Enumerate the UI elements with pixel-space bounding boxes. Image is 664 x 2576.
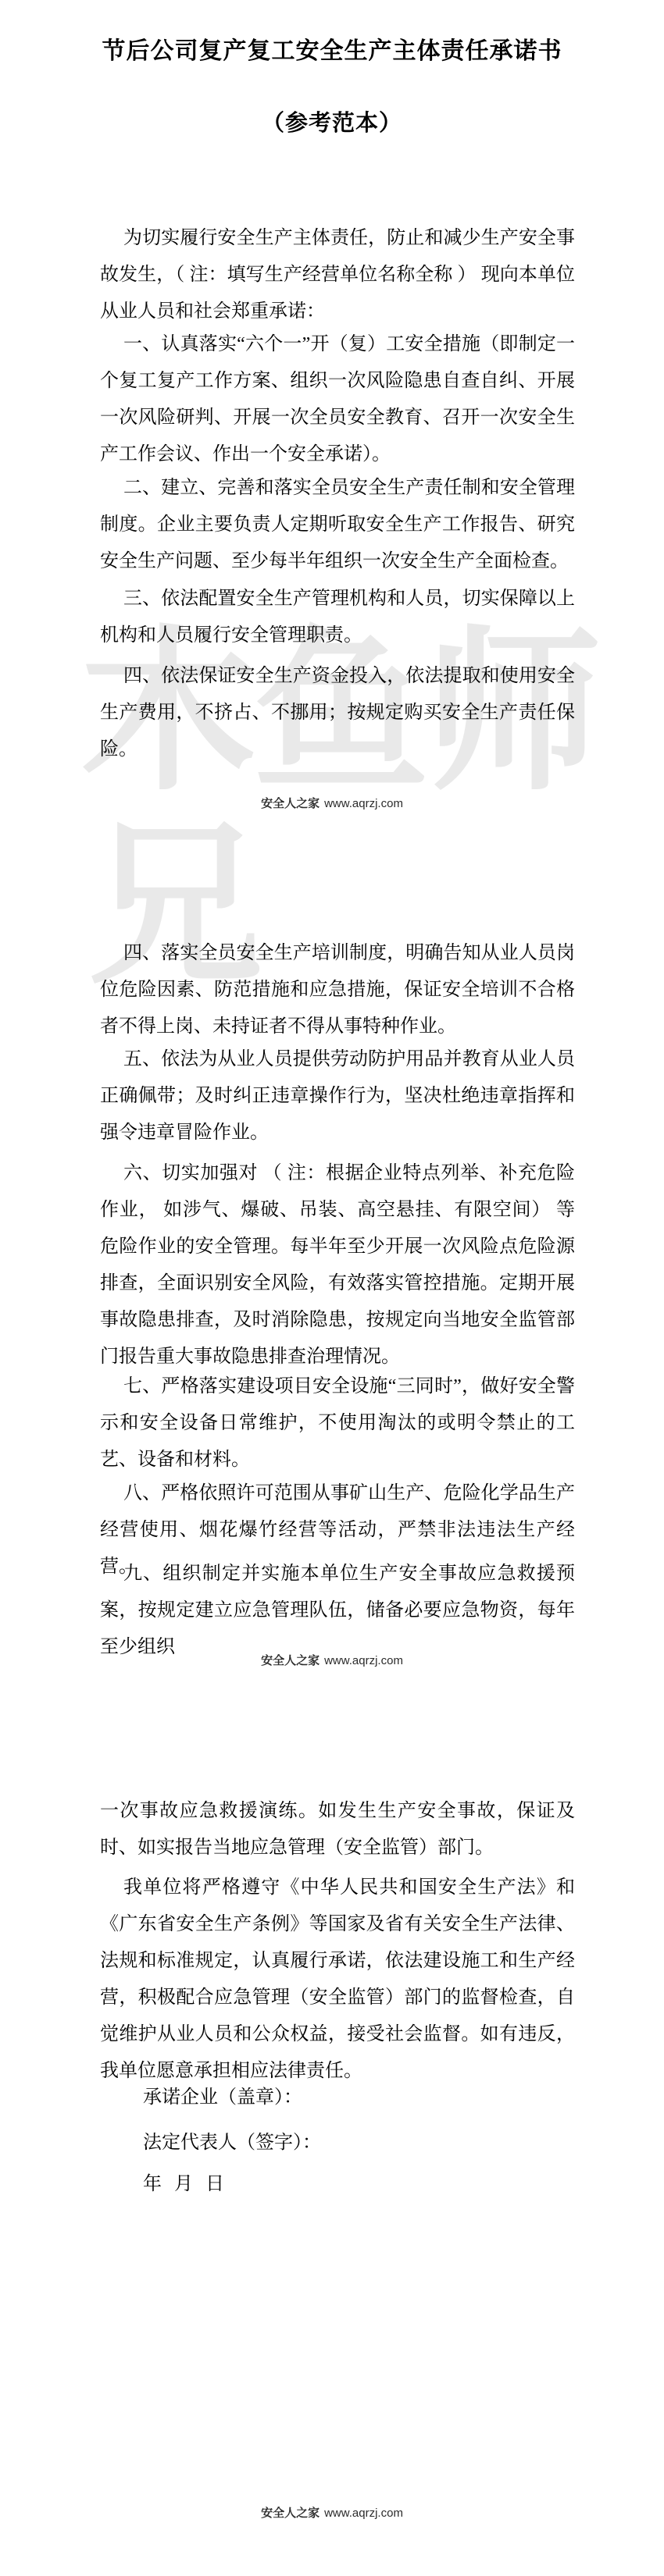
signature-date-label: 年 月 日	[143, 2169, 224, 2200]
clause-continuation-paragraph: 一次事故应急救援演练。如发生生产安全事故，保证及时、如实报告当地应急管理（安全监…	[100, 1793, 575, 1866]
clause-paragraph-2: 二、建立、完善和落实全员安全生产责任制和安全管理制度。企业主要负责人定期听取安全…	[100, 470, 575, 580]
page3-footer: 安全人之家www.aqrzj.com	[0, 2506, 664, 2521]
intro-paragraph: 为切实履行安全生产主体责任，防止和减少生产安全事故发生，（ 注：填写生产经营单位…	[100, 220, 575, 330]
page1-footer: 安全人之家www.aqrzj.com	[0, 796, 664, 812]
footer-brand: 安全人之家	[261, 797, 320, 810]
document-page: 木鱼师 兄 节后公司复产复工安全生产主体责任承诺书 （参考范本） 为切实履行安全…	[0, 0, 664, 2576]
clause-paragraph-5: 四、落实全员安全生产培训制度，明确告知从业人员岗位危险因素、防范措施和应急措施，…	[100, 935, 575, 1045]
clause-paragraph-1: 一、认真落实“六个一”开（复）工安全措施（即制定一个复工复产工作方案、组织一次风…	[100, 326, 575, 473]
closing-paragraph: 我单位将严格遵守《中华人民共和国安全生产法》和《广东省安全生产条例》等国家及省有…	[100, 1870, 575, 2090]
footer-url: www.aqrzj.com	[324, 797, 403, 810]
document-title: 节后公司复产复工安全生产主体责任承诺书	[0, 36, 664, 67]
signature-company-label: 承诺企业（盖章）：	[143, 2082, 302, 2113]
clause-paragraph-8: 七、严格落实建设项目安全设施“三同时”，做好安全警示和安全设备日常维护，不使用淘…	[100, 1368, 575, 1478]
signature-representative-label: 法定代表人（签字）：	[143, 2127, 321, 2158]
clause-paragraph-6: 五、依法为从业人员提供劳动防护用品并教育从业人员正确佩带；及时纠正违章操作行为，…	[100, 1041, 575, 1151]
document-subtitle: （参考范本）	[0, 108, 664, 139]
clause-paragraph-4: 四、依法保证安全生产资金投入，依法提取和使用安全生产费用，不挤占、不挪用；按规定…	[100, 658, 575, 768]
footer-url: www.aqrzj.com	[324, 1654, 403, 1667]
footer-brand: 安全人之家	[261, 2507, 320, 2520]
clause-paragraph-10: 九、组织制定并实施本单位生产安全事故应急救援预案，按规定建立应急管理队伍，储备必…	[100, 1556, 575, 1666]
footer-url: www.aqrzj.com	[324, 2507, 403, 2520]
footer-brand: 安全人之家	[261, 1654, 320, 1667]
clause-paragraph-3: 三、依法配置安全生产管理机构和人员，切实保障以上机构和人员履行安全管理职责。	[100, 581, 575, 654]
page2-footer: 安全人之家www.aqrzj.com	[0, 1653, 664, 1669]
clause-paragraph-7: 六、切实加强对 （ 注：根据企业特点列举、补充危险作业， 如涉气、爆破、吊装、高…	[100, 1155, 575, 1375]
